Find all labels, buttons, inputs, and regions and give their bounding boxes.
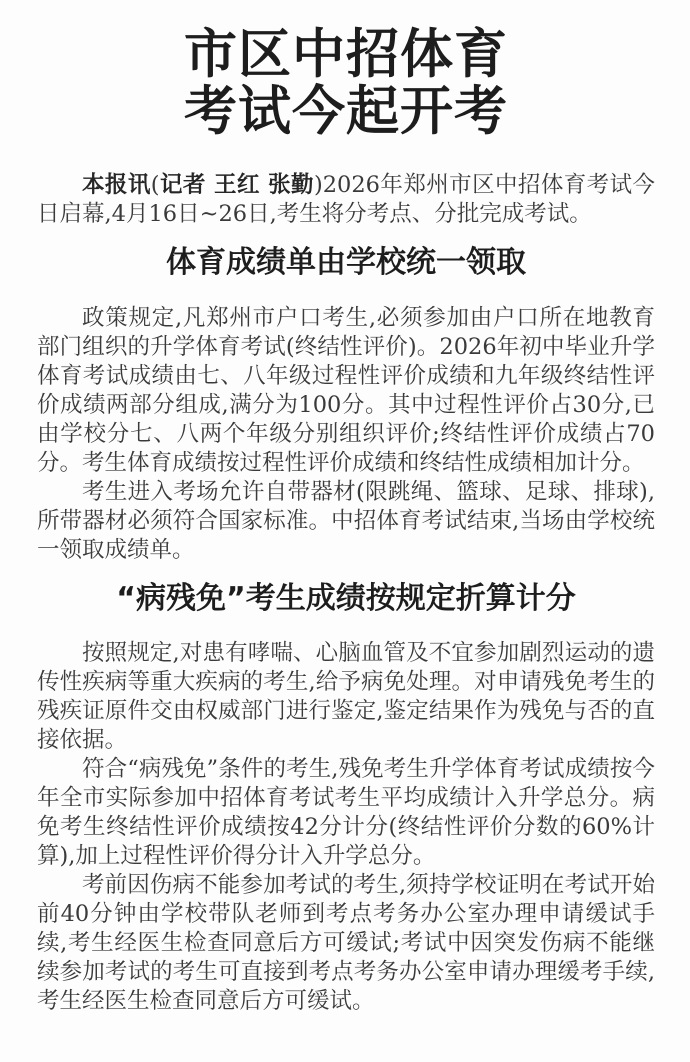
- lead-paragraph: 本报讯(记者 王红 张勤)2026年郑州市区中招体育考试今日启幕,4月16日~2…: [37, 171, 655, 229]
- paragraph-section2-1: 按照规定,对患有哮喘、心脑血管及不宜参加剧烈运动的遗传性疾病等重大疾病的考生,给…: [37, 639, 655, 755]
- article-title-line-1: 市区中招体育: [37, 26, 655, 83]
- section-heading-2: “病残免”考生成绩按规定折算计分: [37, 582, 655, 617]
- paragraph-section2-3: 考前因伤病不能参加考试的考生,须持学校证明在考试开始前40分钟由学校带队老师到考…: [37, 871, 655, 1016]
- paragraph-section1-2: 考生进入考场允许自带器材(限跳绳、篮球、足球、排球),所带器材必须符合国家标准。…: [37, 478, 655, 565]
- news-source-label: 本报讯: [82, 172, 151, 198]
- article-title: 市区中招体育 考试今起开考: [37, 26, 655, 140]
- reporter-byline: 记者 王红 张勤: [160, 172, 314, 198]
- paragraph-section2-2: 符合“病残免”条件的考生,残免考生升学体育考试成绩按今年全市实际参加中招体育考试…: [37, 755, 655, 871]
- byline-close-paren: ): [314, 172, 323, 198]
- paragraph-section1-1: 政策规定,凡郑州市户口考生,必须参加由户口所在地教育部门组织的升学体育考试(终结…: [37, 304, 655, 478]
- section-heading-1: 体育成绩单由学校统一领取: [37, 246, 655, 281]
- newspaper-article-page: 市区中招体育 考试今起开考 本报讯(记者 王红 张勤)2026年郑州市区中招体育…: [0, 0, 690, 1062]
- byline-open-paren: (: [151, 172, 160, 198]
- article-title-line-2: 考试今起开考: [37, 83, 655, 140]
